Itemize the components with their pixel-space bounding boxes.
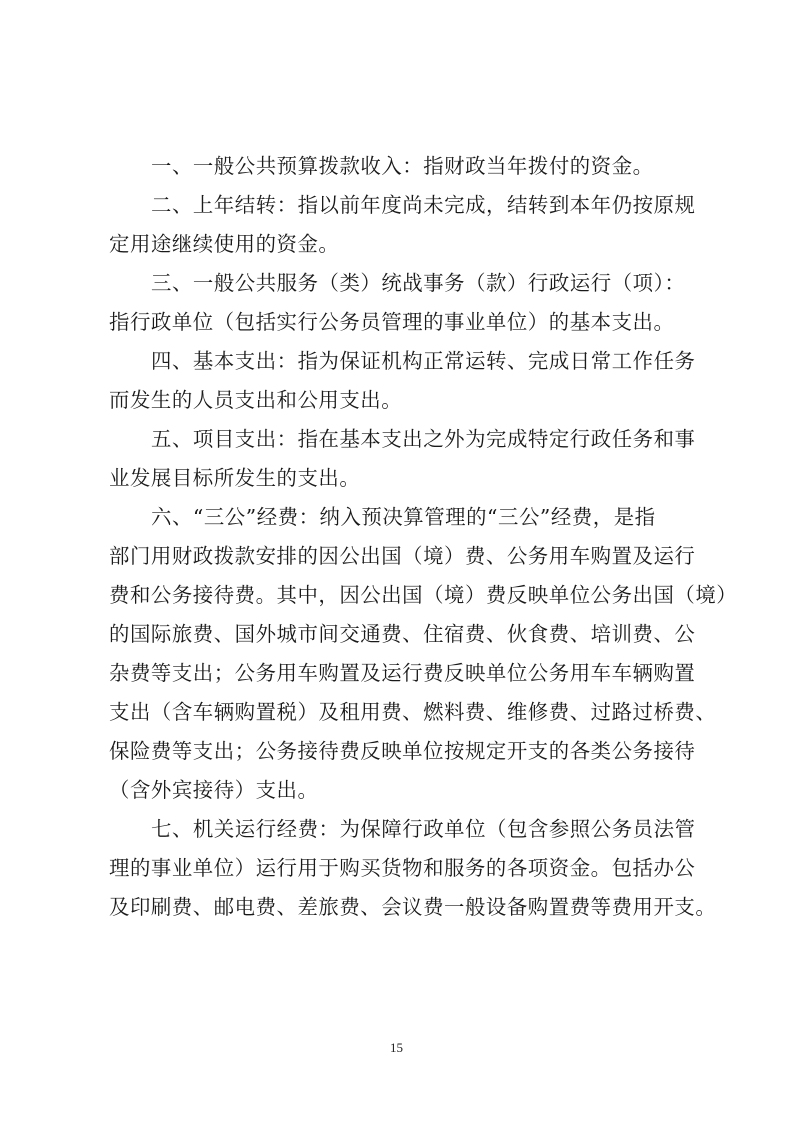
paragraph-agency-operating-expenses: 七、机关运行经费：为保障行政单位（包含参照公务员法管 理的事业单位）运行用于购买… bbox=[109, 810, 709, 927]
document-page: 一、一般公共预算拨款收入：指财政当年拨付的资金。 二、上年结转：指以前年度尚未完… bbox=[0, 0, 793, 1122]
text-line: 杂费等支出；公务用车购置及运行费反映单位公务用车车辆购置 bbox=[109, 654, 709, 693]
text-line: 一、一般公共预算拨款收入：指财政当年拨付的资金。 bbox=[109, 147, 709, 186]
text-line: 四、基本支出：指为保证机构正常运转、完成日常工作任务 bbox=[109, 342, 709, 381]
paragraph-prior-year-carryover: 二、上年结转：指以前年度尚未完成，结转到本年仍按原规 定用途继续使用的资金。 bbox=[109, 186, 709, 264]
text-line: 及印刷费、邮电费、差旅费、会议费一般设备购置费等费用开支。 bbox=[109, 888, 709, 927]
text-line: 七、机关运行经费：为保障行政单位（包含参照公务员法管 bbox=[109, 810, 709, 849]
page-number: 15 bbox=[0, 1040, 793, 1056]
paragraph-project-expenditure: 五、项目支出：指在基本支出之外为完成特定行政任务和事 业发展目标所发生的支出。 bbox=[109, 420, 709, 498]
text-line: 业发展目标所发生的支出。 bbox=[109, 459, 709, 498]
paragraph-three-public-expenses: 六、“三公”经费：纳入预决算管理的“三公”经费，是指 部门用财政拨款安排的因公出… bbox=[109, 498, 709, 810]
text-line: 支出（含车辆购置税）及租用费、燃料费、维修费、过路过桥费、 bbox=[109, 693, 709, 732]
text-line: 定用途继续使用的资金。 bbox=[109, 225, 709, 264]
text-line: 六、“三公”经费：纳入预决算管理的“三公”经费，是指 bbox=[109, 498, 709, 537]
text-line: 二、上年结转：指以前年度尚未完成，结转到本年仍按原规 bbox=[109, 186, 709, 225]
text-line: 费和公务接待费。其中，因公出国（境）费反映单位公务出国（境） bbox=[109, 576, 709, 615]
paragraph-general-budget-income: 一、一般公共预算拨款收入：指财政当年拨付的资金。 bbox=[109, 147, 709, 186]
text-line: 部门用财政拨款安排的因公出国（境）费、公务用车购置及运行 bbox=[109, 537, 709, 576]
paragraph-basic-expenditure: 四、基本支出：指为保证机构正常运转、完成日常工作任务 而发生的人员支出和公用支出… bbox=[109, 342, 709, 420]
text-line: 的国际旅费、国外城市间交通费、住宿费、伙食费、培训费、公 bbox=[109, 615, 709, 654]
document-body: 一、一般公共预算拨款收入：指财政当年拨付的资金。 二、上年结转：指以前年度尚未完… bbox=[109, 147, 709, 927]
text-line: 而发生的人员支出和公用支出。 bbox=[109, 381, 709, 420]
text-line: 保险费等支出；公务接待费反映单位按规定开支的各类公务接待 bbox=[109, 732, 709, 771]
text-line: 三、一般公共服务（类）统战事务（款）行政运行（项）： bbox=[109, 264, 709, 303]
text-line: 理的事业单位）运行用于购买货物和服务的各项资金。包括办公 bbox=[109, 849, 709, 888]
text-line: 指行政单位（包括实行公务员管理的事业单位）的基本支出。 bbox=[109, 303, 709, 342]
paragraph-administrative-operation: 三、一般公共服务（类）统战事务（款）行政运行（项）： 指行政单位（包括实行公务员… bbox=[109, 264, 709, 342]
text-line: （含外宾接待）支出。 bbox=[109, 771, 709, 810]
text-line: 五、项目支出：指在基本支出之外为完成特定行政任务和事 bbox=[109, 420, 709, 459]
